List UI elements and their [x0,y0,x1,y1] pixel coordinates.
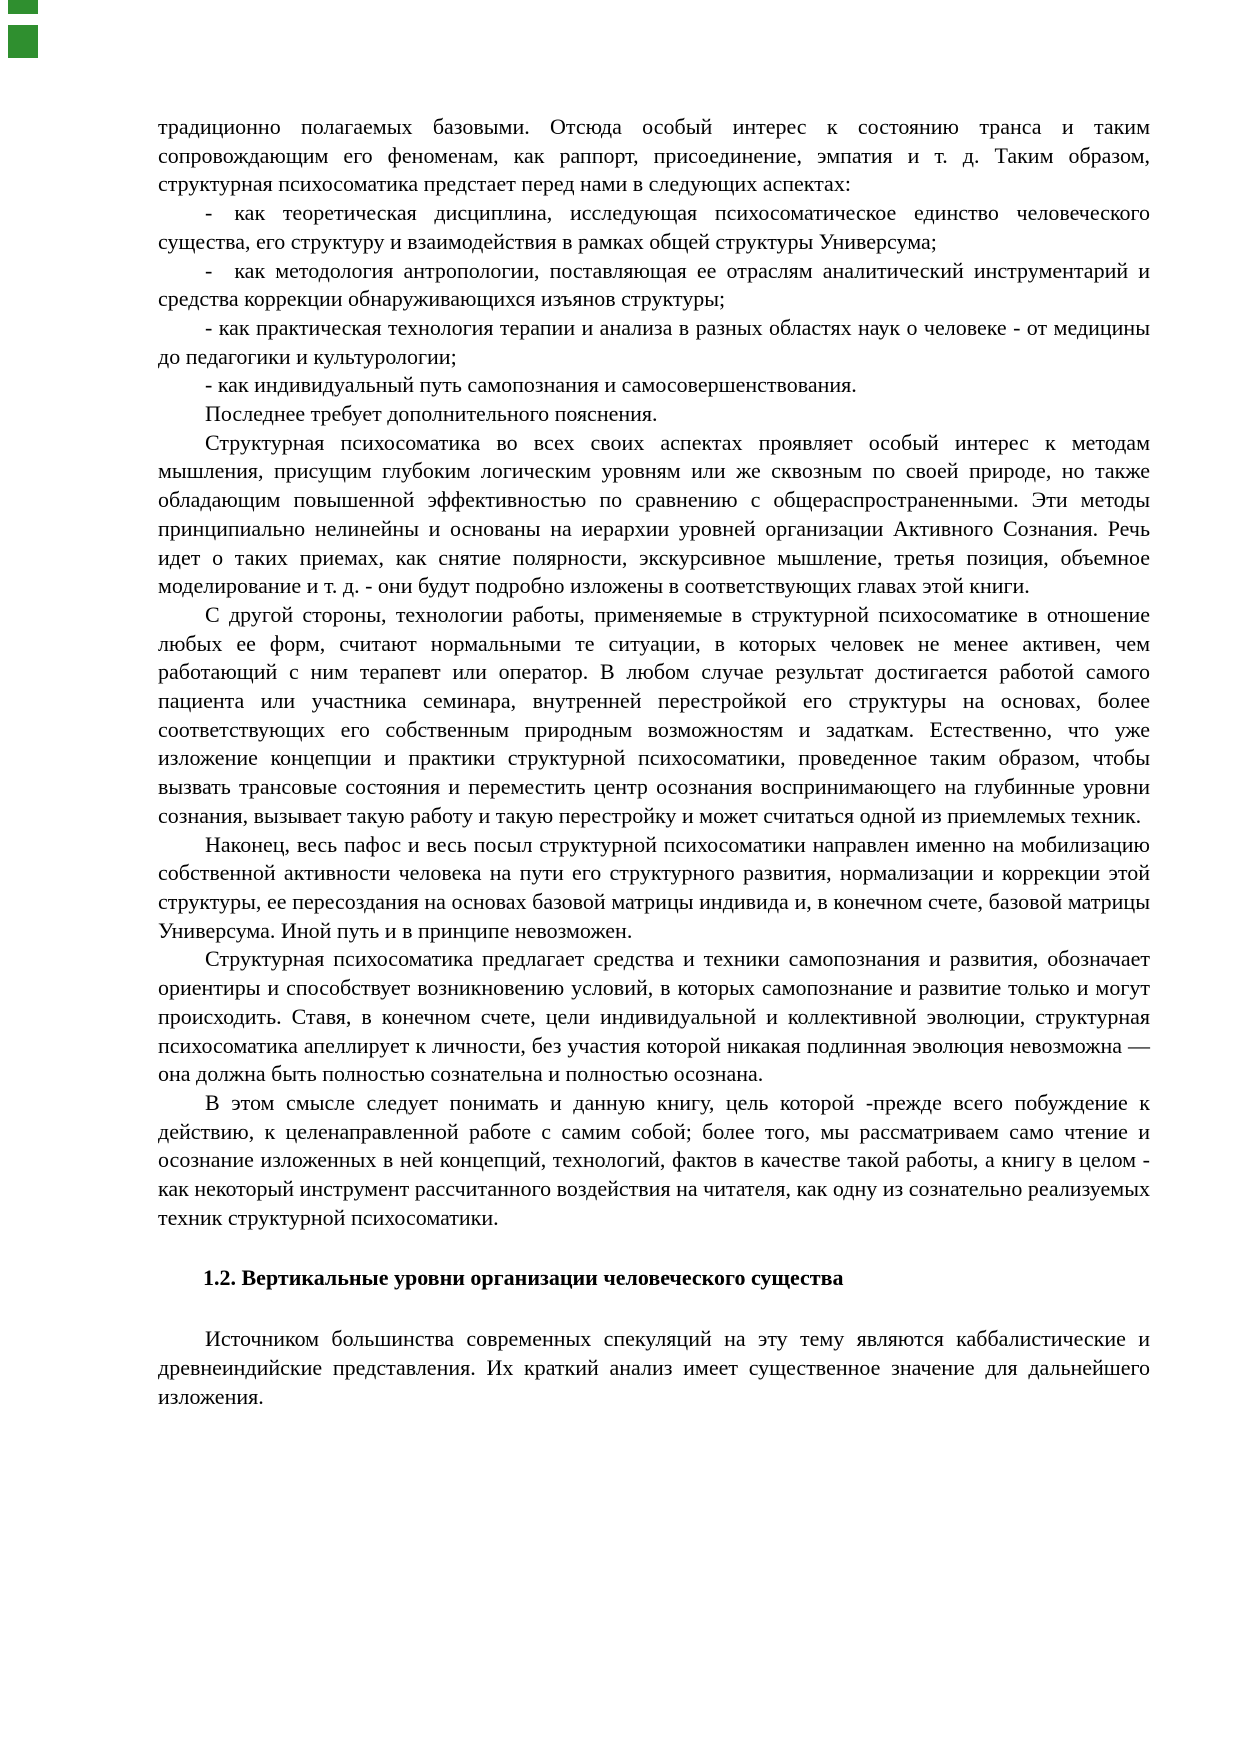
section-heading: 1.2. Вертикальные уровни организации чел… [158,1263,1150,1292]
body-paragraph: традиционно полагаемых базовыми. Отсюда … [158,113,1150,199]
body-paragraph: Структурная психосоматика предлагает сре… [158,945,1150,1089]
body-paragraph: Структурная психосоматика во всех своих … [158,429,1150,601]
body-paragraph: Источником большинства современных спеку… [158,1325,1150,1411]
list-item-individual-path: - как индивидуальный путь самопознания и… [158,371,1150,400]
body-paragraph: С другой стороны, технологии работы, при… [158,601,1150,831]
list-item-practical-technology: - как практическая технология терапии и … [158,314,1150,371]
body-paragraph: В этом смысле следует понимать и данную … [158,1089,1150,1233]
green-corner-marker-top [8,0,38,14]
document-page: традиционно полагаемых базовыми. Отсюда … [0,0,1241,1753]
page-content: традиционно полагаемых базовыми. Отсюда … [158,113,1150,1412]
green-corner-marker-bottom [8,25,38,58]
body-paragraph: Последнее требует дополнительного поясне… [158,400,1150,429]
body-paragraph: Наконец, весь пафос и весь посыл структу… [158,831,1150,946]
list-item-methodology: - как методология антропологии, поставля… [158,257,1150,314]
list-item-theoretical-discipline: - как теоретическая дисциплина, исследую… [158,199,1150,256]
